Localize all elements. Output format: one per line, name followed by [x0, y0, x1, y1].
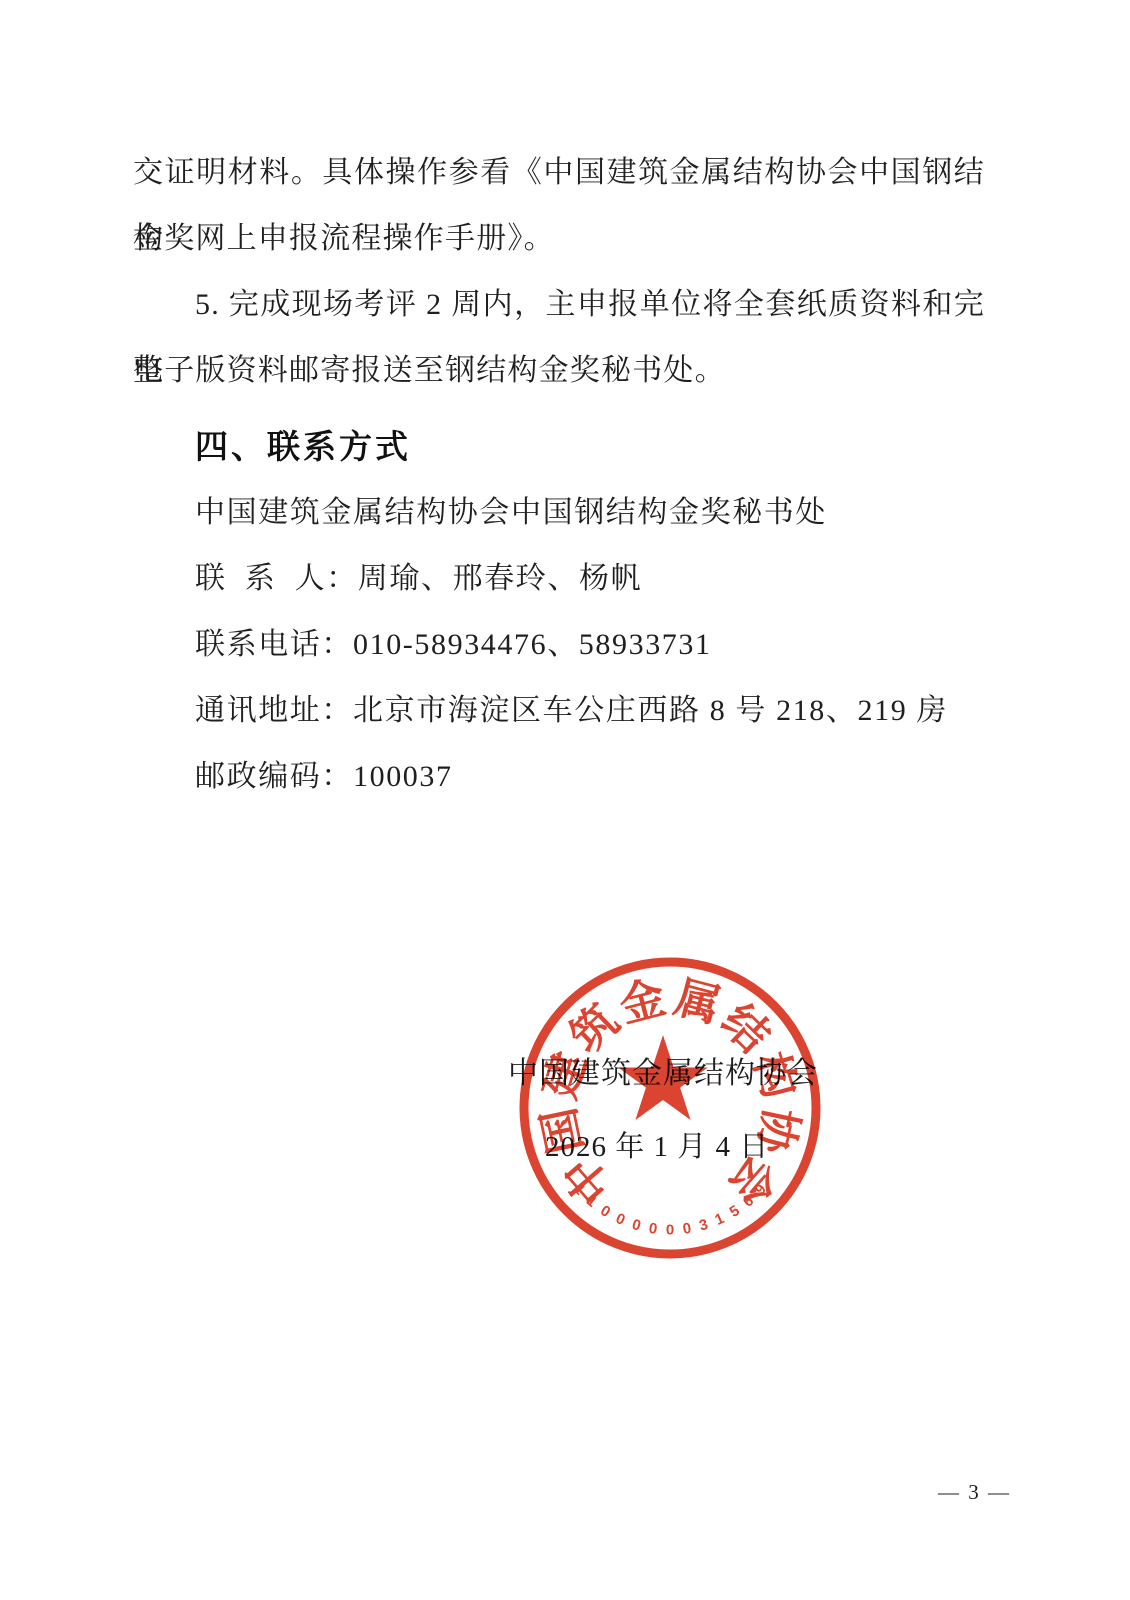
svg-text:协: 协 [748, 1103, 808, 1159]
paragraph2-line1: 5. 完成现场考评 2 周内，主申报单位将全套纸质资料和完整 [133, 272, 985, 338]
section-heading: 四、联系方式 [133, 414, 985, 480]
contact-org: 中国建筑金属结构协会中国钢结构金奖秘书处 [133, 480, 985, 546]
official-seal: 中国建筑金属结构协会 1100000031569 [510, 948, 830, 1268]
svg-text:属: 属 [669, 971, 725, 1032]
contact-zip: 邮政编码：100037 [133, 744, 985, 810]
page-number: — 3 — [938, 1480, 1011, 1505]
contact-person: 联 系 人：周瑜、邢春玲、杨帆 [133, 546, 985, 612]
svg-text:国: 国 [533, 1103, 592, 1158]
svg-text:3: 3 [697, 1216, 710, 1235]
contact-phone: 联系电话：010-58934476、58933731 [133, 612, 985, 678]
svg-text:构: 构 [744, 1046, 806, 1104]
svg-text:建: 建 [534, 1046, 596, 1104]
paragraph1-line2: 金奖网上申报流程操作手册》。 [133, 206, 985, 272]
svg-text:5: 5 [727, 1202, 743, 1221]
paragraph2-line2: 电子版资料邮寄报送至钢结构金奖秘书处。 [133, 338, 985, 404]
document-body: 交证明材料。具体操作参看《中国建筑金属结构协会中国钢结构 金奖网上申报流程操作手… [133, 140, 985, 810]
document-page: 交证明材料。具体操作参看《中国建筑金属结构协会中国钢结构 金奖网上申报流程操作手… [0, 0, 1130, 1600]
svg-text:1: 1 [712, 1210, 727, 1229]
svg-text:0: 0 [613, 1210, 628, 1229]
seal-star [618, 1035, 707, 1120]
svg-text:0: 0 [682, 1220, 693, 1238]
svg-text:0: 0 [630, 1216, 643, 1235]
svg-text:0: 0 [666, 1222, 674, 1239]
paragraph1-line1: 交证明材料。具体操作参看《中国建筑金属结构协会中国钢结构 [133, 140, 985, 206]
svg-text:0: 0 [648, 1220, 659, 1238]
svg-text:0: 0 [597, 1202, 613, 1221]
contact-address: 通讯地址：北京市海淀区车公庄西路 8 号 218、219 房 [133, 678, 985, 744]
svg-text:金: 金 [614, 971, 670, 1032]
